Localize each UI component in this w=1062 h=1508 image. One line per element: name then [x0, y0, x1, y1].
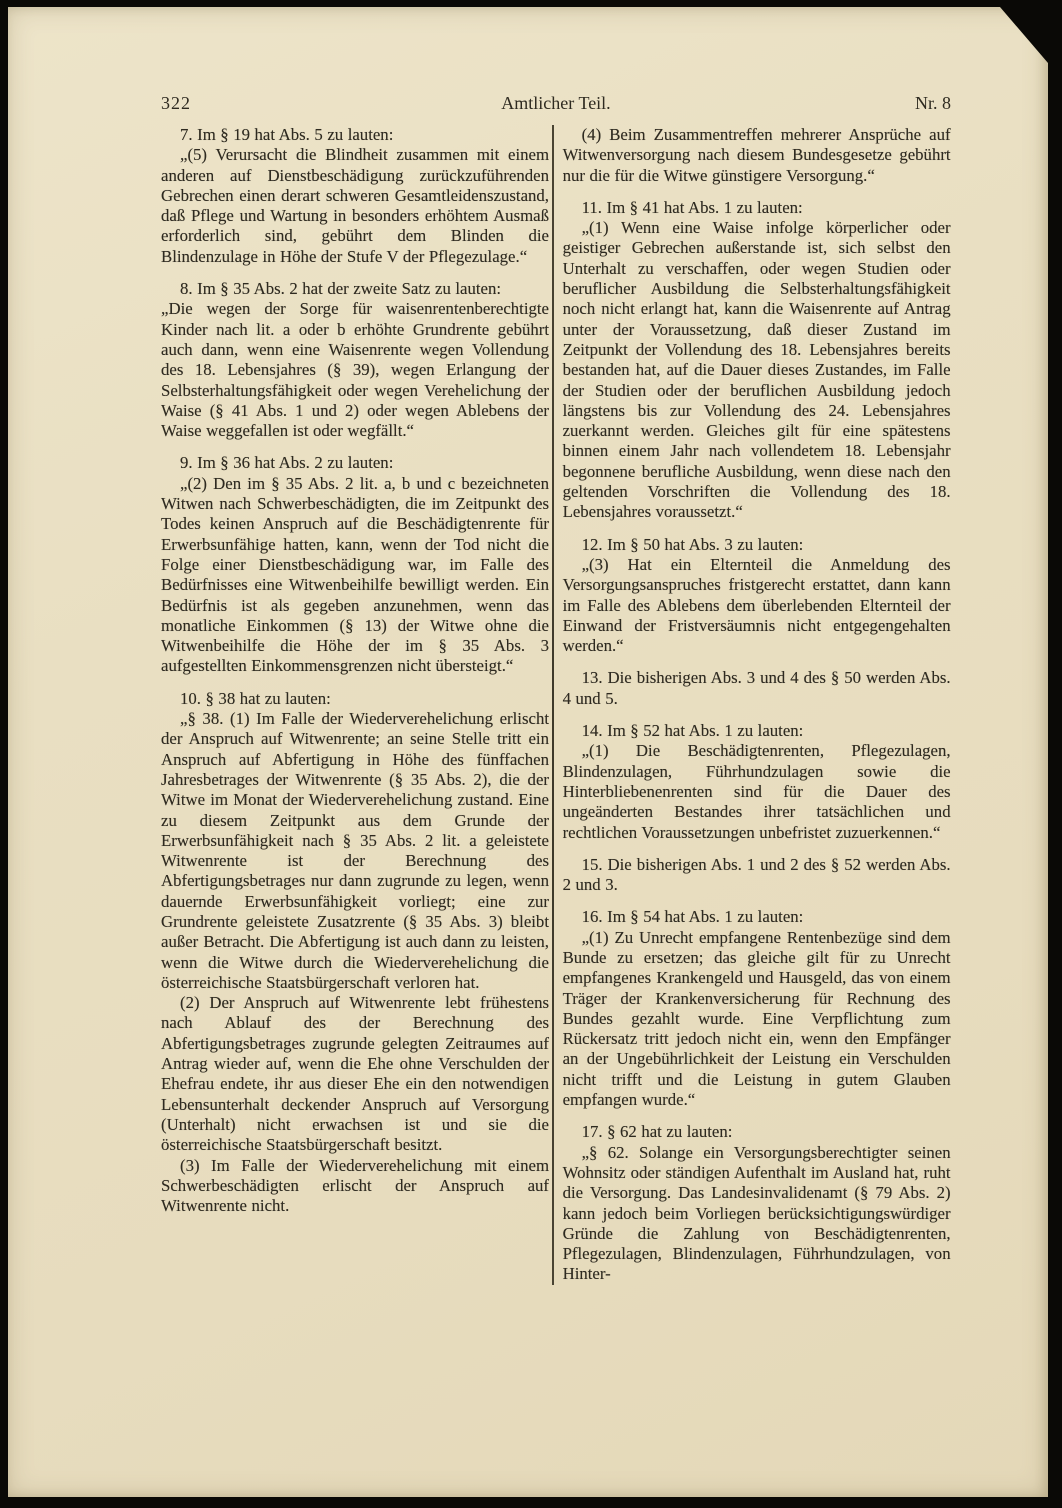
torn-corner [1000, 7, 1048, 63]
paragraph: 11. Im § 41 hat Abs. 1 zu lauten: [563, 198, 951, 218]
column-divider [552, 125, 554, 1285]
paragraph: „§ 62. Solange ein Versorgungsberechtigt… [563, 1143, 951, 1285]
column-left: 7. Im § 19 hat Abs. 5 zu lauten:„(5) Ver… [161, 125, 549, 1285]
paragraph: (2) Der Anspruch auf Witwenrente lebt fr… [161, 993, 549, 1155]
paragraph: 10. § 38 hat zu lauten: [161, 689, 549, 709]
column-right: (4) Beim Zusammentreffen mehrerer Ansprü… [563, 125, 951, 1285]
page-number: 322 [161, 91, 191, 115]
paragraph: 12. Im § 50 hat Abs. 3 zu lauten: [563, 535, 951, 555]
paragraph: 9. Im § 36 hat Abs. 2 zu lauten: [161, 453, 549, 473]
paragraph: 15. Die bisherigen Abs. 1 und 2 des § 52… [563, 855, 951, 896]
issue-number: Nr. 8 [915, 91, 951, 115]
paragraph: „(2) Den im § 35 Abs. 2 lit. a, b und c … [161, 474, 549, 677]
paragraph: 13. Die bisherigen Abs. 3 und 4 des § 50… [563, 668, 951, 709]
paragraph: „Die wegen der Sorge für waisenrentenber… [161, 299, 549, 441]
paragraph: „(5) Verursacht die Blindheit zusammen m… [161, 145, 549, 267]
page-header: 322 Amtlicher Teil. Nr. 8 [161, 91, 951, 115]
paragraph: 14. Im § 52 hat Abs. 1 zu lauten: [563, 721, 951, 741]
paragraph: „(1) Die Beschädigtenrenten, Pflegezulag… [563, 741, 951, 842]
paragraph: „(1) Wenn eine Waise infolge körperliche… [563, 218, 951, 522]
text-body: 7. Im § 19 hat Abs. 5 zu lauten:„(5) Ver… [161, 125, 951, 1285]
paragraph: „§ 38. (1) Im Falle der Wiederverehelich… [161, 709, 549, 993]
gazette-page: 322 Amtlicher Teil. Nr. 8 7. Im § 19 hat… [8, 7, 1048, 1497]
paragraph: „(3) Hat ein Elternteil die Anmeldung de… [563, 555, 951, 656]
paragraph: (4) Beim Zusammentreffen mehrerer Ansprü… [563, 125, 951, 186]
paragraph: (3) Im Falle der Wiederverehelichung mit… [161, 1156, 549, 1217]
paragraph: 16. Im § 54 hat Abs. 1 zu lauten: [563, 907, 951, 927]
paragraph: 8. Im § 35 Abs. 2 hat der zweite Satz zu… [161, 279, 549, 299]
paragraph: 7. Im § 19 hat Abs. 5 zu lauten: [161, 125, 549, 145]
paragraph: 17. § 62 hat zu lauten: [563, 1122, 951, 1142]
section-title: Amtlicher Teil. [501, 91, 610, 115]
scan-frame: 322 Amtlicher Teil. Nr. 8 7. Im § 19 hat… [0, 0, 1062, 1508]
paragraph: „(1) Zu Unrecht empfangene Rentenbezüge … [563, 928, 951, 1111]
